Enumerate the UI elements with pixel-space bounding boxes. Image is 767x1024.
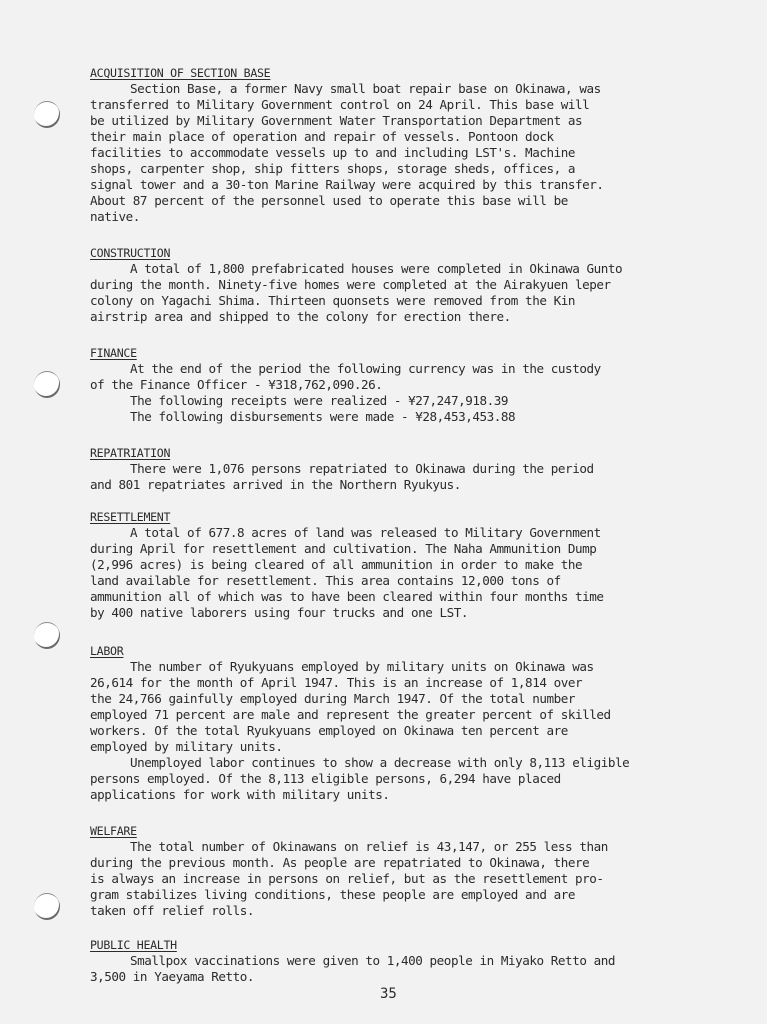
- text-line: 3,500 in Yaeyama Retto.: [90, 969, 615, 985]
- punch-hole: [34, 101, 60, 128]
- text-line: Smallpox vaccinations were given to 1,40…: [90, 953, 615, 969]
- section-heading: LABOR: [90, 644, 629, 659]
- text-line: A total of 677.8 acres of land was relea…: [90, 525, 604, 541]
- punch-hole: [34, 371, 60, 398]
- section-heading: FINANCE: [90, 346, 601, 361]
- text-line: the 24,766 gainfully employed during Mar…: [90, 691, 629, 707]
- text-line: by 400 native laborers using four trucks…: [90, 605, 604, 621]
- section-acquisition-of-section-base: ACQUISITION OF SECTION BASESection Base,…: [90, 66, 604, 225]
- text-line: their main place of operation and repair…: [90, 129, 604, 145]
- section-heading: RESETTLEMENT: [90, 510, 604, 525]
- text-line: The total number of Okinawans on relief …: [90, 839, 608, 855]
- text-line: be utilized by Military Government Water…: [90, 113, 604, 129]
- text-line: during the previous month. As people are…: [90, 855, 608, 871]
- text-line: Section Base, a former Navy small boat r…: [90, 81, 604, 97]
- section-heading: CONSTRUCTION: [90, 246, 622, 261]
- section-repatriation: REPATRIATIONThere were 1,076 persons rep…: [90, 446, 594, 493]
- text-line: persons employed. Of the 8,113 eligible …: [90, 771, 629, 787]
- punch-hole: [34, 893, 60, 920]
- text-line: shops, carpenter shop, ship fitters shop…: [90, 161, 604, 177]
- section-heading: ACQUISITION OF SECTION BASE: [90, 66, 604, 81]
- text-line: The number of Ryukyuans employed by mili…: [90, 659, 629, 675]
- text-line: The following receipts were realized - ¥…: [90, 393, 601, 409]
- text-line: (2,996 acres) is being cleared of all am…: [90, 557, 604, 573]
- section-labor: LABORThe number of Ryukyuans employed by…: [90, 644, 629, 803]
- text-line: workers. Of the total Ryukyuans employed…: [90, 723, 629, 739]
- text-line: during the month. Ninety-five homes were…: [90, 277, 622, 293]
- text-line: The following disbursements were made - …: [90, 409, 601, 425]
- section-heading: REPATRIATION: [90, 446, 594, 461]
- text-line: At the end of the period the following c…: [90, 361, 601, 377]
- text-line: applications for work with military unit…: [90, 787, 629, 803]
- text-line: of the Finance Officer - ¥318,762,090.26…: [90, 377, 601, 393]
- page-number: 35: [380, 986, 397, 1002]
- text-line: colony on Yagachi Shima. Thirteen quonse…: [90, 293, 622, 309]
- text-line: is always an increase in persons on reli…: [90, 871, 608, 887]
- text-line: during April for resettlement and cultiv…: [90, 541, 604, 557]
- text-line: 26,614 for the month of April 1947. This…: [90, 675, 629, 691]
- section-construction: CONSTRUCTIONA total of 1,800 prefabricat…: [90, 246, 622, 325]
- text-line: A total of 1,800 prefabricated houses we…: [90, 261, 622, 277]
- text-line: airstrip area and shipped to the colony …: [90, 309, 622, 325]
- text-line: transferred to Military Government contr…: [90, 97, 604, 113]
- text-line: and 801 repatriates arrived in the North…: [90, 477, 594, 493]
- text-line: signal tower and a 30-ton Marine Railway…: [90, 177, 604, 193]
- document-page: ACQUISITION OF SECTION BASESection Base,…: [0, 0, 767, 1024]
- text-line: About 87 percent of the personnel used t…: [90, 193, 604, 209]
- section-finance: FINANCEAt the end of the period the foll…: [90, 346, 601, 425]
- text-line: employed 71 percent are male and represe…: [90, 707, 629, 723]
- section-welfare: WELFAREThe total number of Okinawans on …: [90, 824, 608, 919]
- text-line: There were 1,076 persons repatriated to …: [90, 461, 594, 477]
- text-line: taken off relief rolls.: [90, 903, 608, 919]
- text-line: ammunition all of which was to have been…: [90, 589, 604, 605]
- text-line: land available for resettlement. This ar…: [90, 573, 604, 589]
- text-line: facilities to accommodate vessels up to …: [90, 145, 604, 161]
- text-line: gram stabilizes living conditions, these…: [90, 887, 608, 903]
- section-resettlement: RESETTLEMENTA total of 677.8 acres of la…: [90, 510, 604, 621]
- punch-hole: [34, 622, 60, 649]
- text-line: Unemployed labor continues to show a dec…: [90, 755, 629, 771]
- text-line: employed by military units.: [90, 739, 629, 755]
- section-heading: WELFARE: [90, 824, 608, 839]
- text-line: native.: [90, 209, 604, 225]
- section-public-health: PUBLIC HEALTHSmallpox vaccinations were …: [90, 938, 615, 985]
- section-heading: PUBLIC HEALTH: [90, 938, 615, 953]
